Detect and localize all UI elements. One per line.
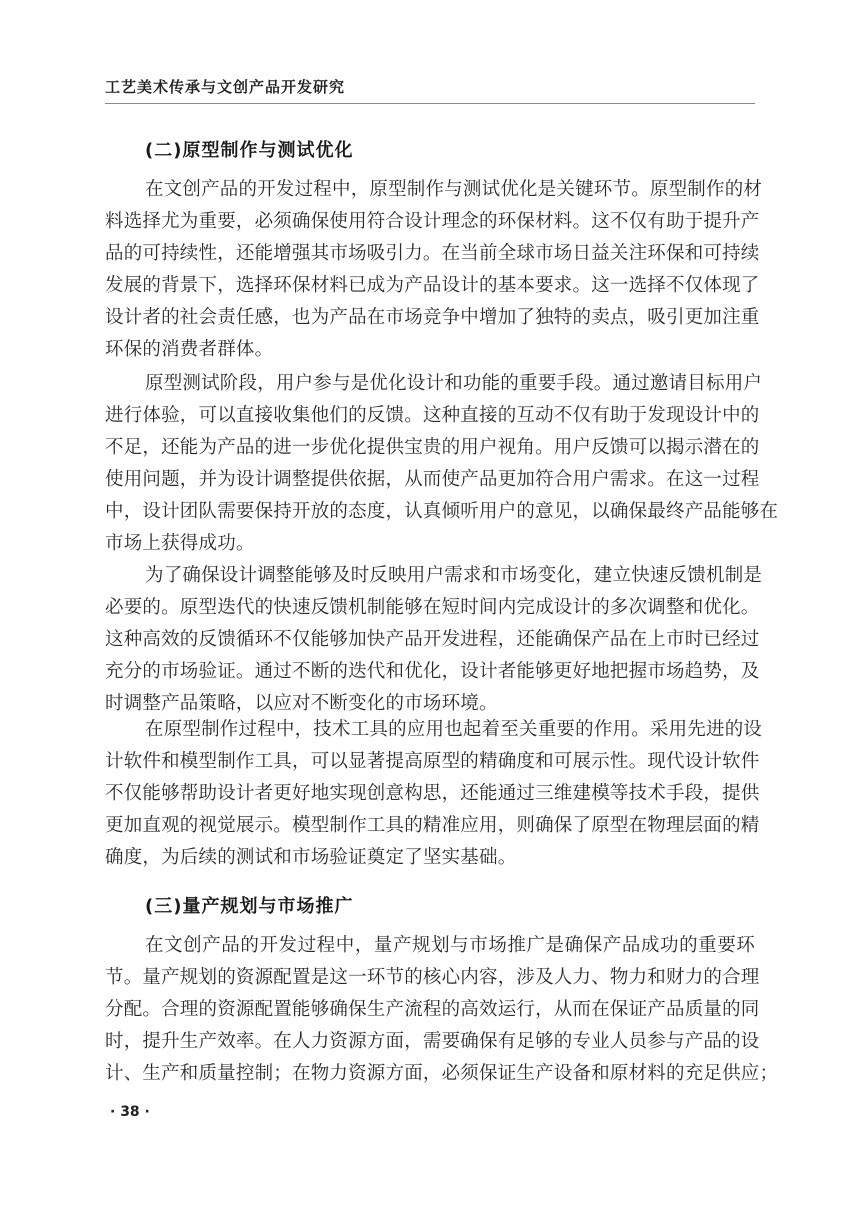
text-line: 节。量产规划的资源配置是这一环节的核心内容，涉及人力、物力和财力的合理 bbox=[105, 962, 755, 994]
section-heading-3: (三)量产规划与市场推广 bbox=[145, 892, 353, 918]
text-line: 充分的市场验证。通过不断的迭代和优化，设计者能够更好地把握市场趋势，及 bbox=[105, 656, 755, 688]
text-line: 料选择尤为重要，必须确保使用符合设计理念的环保材料。这不仅有助于提升产 bbox=[105, 206, 755, 238]
text-line: 不仅能够帮助设计者更好地实现创意构思，还能通过三维建模等技术手段，提供 bbox=[105, 778, 755, 810]
paragraph: 原型测试阶段，用户参与是优化设计和功能的重要手段。通过邀请目标用户 进行体验，可… bbox=[105, 368, 755, 560]
page-number: · 38 · bbox=[110, 1104, 150, 1120]
text-line: 计、生产和质量控制；在物力资源方面，必须保证生产设备和原材料的充足供应； bbox=[105, 1058, 755, 1090]
text-line: 中，设计团队需要保持开放的态度，认真倾听用户的意见，以确保最终产品能够在 bbox=[105, 496, 755, 528]
text-line: 计软件和模型制作工具，可以显著提高原型的精确度和可展示性。现代设计软件 bbox=[105, 746, 755, 778]
text-line: 发展的背景下，选择环保材料已成为产品设计的基本要求。这一选择不仅体现了 bbox=[105, 270, 755, 302]
text-line: 原型测试阶段，用户参与是优化设计和功能的重要手段。通过邀请目标用户 bbox=[105, 368, 755, 400]
text-line: 时，提升生产效率。在人力资源方面，需要确保有足够的专业人员参与产品的设 bbox=[105, 1026, 755, 1058]
section-heading-2: (二)原型制作与测试优化 bbox=[145, 136, 353, 162]
text-line: 进行体验，可以直接收集他们的反馈。这种直接的互动不仅有助于发现设计中的 bbox=[105, 400, 755, 432]
text-line: 在文创产品的开发过程中，量产规划与市场推广是确保产品成功的重要环 bbox=[105, 930, 755, 962]
running-header-title: 工艺美术传承与文创产品开发研究 bbox=[105, 76, 345, 97]
text-line: 为了确保设计调整能够及时反映用户需求和市场变化，建立快速反馈机制是 bbox=[105, 560, 755, 592]
text-line: 不足，还能为产品的进一步优化提供宝贵的用户视角。用户反馈可以揭示潜在的 bbox=[105, 432, 755, 464]
paragraph: 在原型制作过程中，技术工具的应用也起着至关重要的作用。采用先进的设 计软件和模型… bbox=[105, 714, 755, 874]
paragraph: 为了确保设计调整能够及时反映用户需求和市场变化，建立快速反馈机制是 必要的。原型… bbox=[105, 560, 755, 720]
text-line: 分配。合理的资源配置能够确保生产流程的高效运行，从而在保证产品质量的同 bbox=[105, 994, 755, 1026]
paragraph: 在文创产品的开发过程中，原型制作与测试优化是关键环节。原型制作的材 料选择尤为重… bbox=[105, 174, 755, 366]
text-line: 确度，为后续的测试和市场验证奠定了坚实基础。 bbox=[105, 842, 755, 874]
text-line: 市场上获得成功。 bbox=[105, 528, 755, 560]
header-divider bbox=[105, 103, 755, 104]
text-line: 必要的。原型迭代的快速反馈机制能够在短时间内完成设计的多次调整和优化。 bbox=[105, 592, 755, 624]
text-line: 这种高效的反馈循环不仅能够加快产品开发进程，还能确保产品在上市时已经过 bbox=[105, 624, 755, 656]
text-line: 环保的消费者群体。 bbox=[105, 334, 755, 366]
text-line: 在文创产品的开发过程中，原型制作与测试优化是关键环节。原型制作的材 bbox=[105, 174, 755, 206]
text-line: 在原型制作过程中，技术工具的应用也起着至关重要的作用。采用先进的设 bbox=[105, 714, 755, 746]
text-line: 品的可持续性，还能增强其市场吸引力。在当前全球市场日益关注环保和可持续 bbox=[105, 238, 755, 270]
text-line: 更加直观的视觉展示。模型制作工具的精准应用，则确保了原型在物理层面的精 bbox=[105, 810, 755, 842]
text-line: 使用问题，并为设计调整提供依据，从而使产品更加符合用户需求。在这一过程 bbox=[105, 464, 755, 496]
paragraph: 在文创产品的开发过程中，量产规划与市场推广是确保产品成功的重要环 节。量产规划的… bbox=[105, 930, 755, 1090]
text-line: 设计者的社会责任感，也为产品在市场竞争中增加了独特的卖点，吸引更加注重 bbox=[105, 302, 755, 334]
